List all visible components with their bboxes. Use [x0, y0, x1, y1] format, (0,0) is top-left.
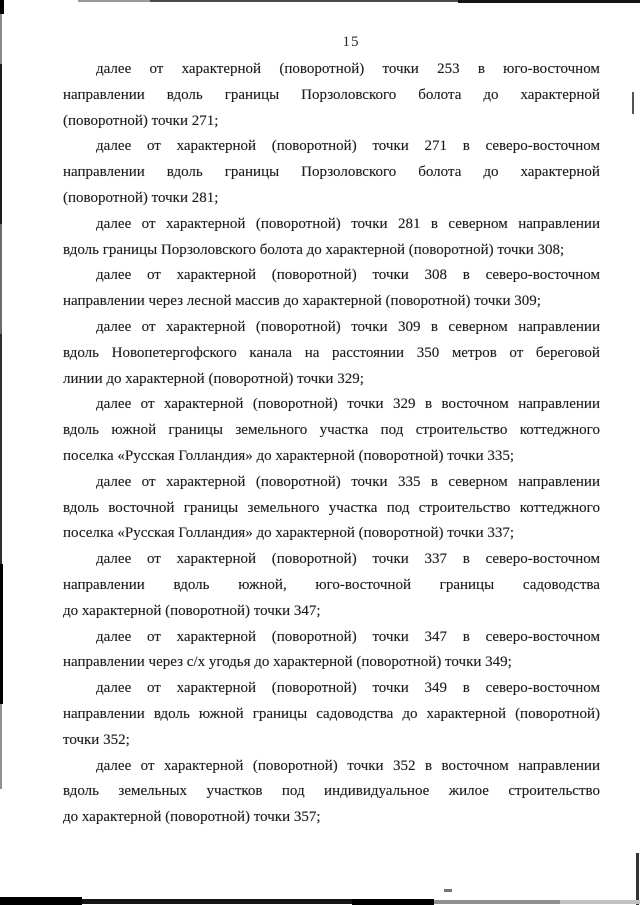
text-line: направлениивдольюжнойграницысадоводствад… — [63, 702, 600, 728]
scan-artifact-bottom-bar — [560, 900, 640, 904]
word: направлении — [518, 392, 600, 418]
word: 337 — [425, 547, 448, 573]
word: (поворотной) — [272, 676, 357, 702]
word: характерной — [177, 547, 256, 573]
word: точки — [372, 676, 408, 702]
word: 347 — [425, 625, 448, 651]
text-line: направлениивдольграницыПорзоловскогоболо… — [63, 160, 600, 186]
word: границы — [440, 573, 494, 599]
word: точки — [383, 57, 419, 83]
word: точки — [372, 263, 408, 289]
word: (поворотной) — [515, 702, 600, 728]
word: в — [463, 263, 470, 289]
word: в — [463, 547, 470, 573]
text-line: направлениивдольграницыПорзоловскогоболо… — [63, 83, 600, 109]
word: индивидуальное — [324, 779, 429, 805]
word: строительство — [416, 418, 508, 444]
word: далее — [96, 625, 131, 651]
word: характерной — [166, 212, 245, 238]
text-line: направлениивдольюжной,юго-восточнойграни… — [63, 573, 600, 599]
word: северо-восточном — [486, 676, 600, 702]
scan-artifact-bottom-bar — [434, 900, 560, 904]
word: точки — [351, 212, 387, 238]
scan-artifact-top-edge — [150, 0, 460, 2]
word: границы — [225, 83, 279, 109]
word: точки — [372, 547, 408, 573]
word: северо-восточном — [486, 547, 600, 573]
text-line: далееотхарактерной(поворотной)точки347вс… — [63, 625, 600, 651]
word: участка — [320, 418, 369, 444]
word: далее — [96, 315, 131, 341]
word: в — [431, 315, 438, 341]
word: характерной — [177, 625, 256, 651]
word: далее — [96, 470, 131, 496]
word: под — [282, 779, 305, 805]
word: вдоль — [167, 160, 203, 186]
scan-artifact-left-line — [0, 224, 2, 334]
text-line: направлении через лесной массив до харак… — [63, 289, 600, 315]
word: восточном — [441, 392, 508, 418]
text-line: поселка «Русская Голландия» до характерн… — [63, 444, 600, 470]
text-line: далееотхарактерной(поворотной)точки335вс… — [63, 470, 600, 496]
word: характерной — [177, 676, 256, 702]
text-line: вдольвосточнойграницыземельногоучасткапо… — [63, 496, 600, 522]
scan-artifact-left-line — [0, 64, 2, 224]
word: характерной — [427, 702, 506, 728]
word: далее — [96, 57, 131, 83]
scan-artifact-top-edge-dark — [458, 0, 640, 3]
text-line: линии до характерной (поворотной) точки … — [63, 367, 600, 393]
word: в — [425, 754, 432, 780]
document-page: 15 далееотхарактерной(поворотной)точки25… — [0, 0, 640, 905]
word: вдоль — [174, 573, 210, 599]
word: канала — [249, 341, 292, 367]
word: юго-восточной — [315, 573, 411, 599]
word: земельного — [248, 496, 320, 522]
word: характерной — [166, 315, 245, 341]
word: от — [141, 392, 155, 418]
word: метров — [452, 341, 497, 367]
word: направлении — [63, 83, 145, 109]
word: северо-восточном — [486, 134, 600, 160]
word: 309 — [398, 315, 421, 341]
word: восточной — [108, 496, 174, 522]
word: границы — [184, 496, 238, 522]
text-line: вдоль границы Порзоловского болота до ха… — [63, 238, 600, 264]
word: земельного — [235, 418, 307, 444]
text-line: далееотхарактерной(поворотной)точки253вю… — [63, 57, 600, 83]
scan-artifact-right-line — [636, 853, 639, 905]
word: далее — [96, 263, 131, 289]
word: в — [463, 625, 470, 651]
word: расстоянии — [332, 341, 404, 367]
word: строительство — [508, 779, 600, 805]
text-line: направлении через с/х угодья до характер… — [63, 650, 600, 676]
word: характерной — [177, 134, 256, 160]
word: 335 — [398, 470, 421, 496]
text-line: далееотхарактерной(поворотной)точки329вв… — [63, 392, 600, 418]
word: Порзоловского — [301, 83, 396, 109]
word: в — [478, 57, 485, 83]
text-line: далееотхарактерной(поворотной)точки271вс… — [63, 134, 600, 160]
word: (поворотной) — [272, 547, 357, 573]
word: юго-восточном — [503, 57, 600, 83]
word: вдоль — [63, 341, 99, 367]
word: (поворотной) — [253, 392, 338, 418]
word: направлении — [63, 160, 145, 186]
word: характерной — [520, 83, 599, 109]
word: до — [402, 702, 417, 728]
word: северном — [448, 470, 507, 496]
word: от — [147, 263, 161, 289]
word: Порзоловского — [301, 160, 396, 186]
word: от — [147, 134, 161, 160]
text-line: вдольНовопетергофскогоканаланарасстоянии… — [63, 341, 600, 367]
word: северо-восточном — [486, 625, 600, 651]
word: далее — [96, 676, 131, 702]
word: строительство — [419, 496, 511, 522]
word: коттеджного — [520, 496, 600, 522]
word: точки — [347, 392, 383, 418]
word: от — [147, 547, 161, 573]
word: от — [147, 625, 161, 651]
page-number: 15 — [0, 34, 640, 51]
word: далее — [96, 212, 131, 238]
word: 253 — [437, 57, 460, 83]
word: 329 — [393, 392, 416, 418]
word: северном — [448, 315, 507, 341]
text-line: далееотхарактерной(поворотной)точки352вв… — [63, 754, 600, 780]
scan-artifact-left-line — [0, 704, 2, 789]
word: 271 — [425, 134, 448, 160]
word: далее — [96, 134, 131, 160]
word: участков — [206, 779, 262, 805]
word: 350 — [417, 341, 440, 367]
word: характерной — [520, 160, 599, 186]
word: направлении — [518, 754, 600, 780]
word: направлении — [518, 315, 600, 341]
scan-artifact-bottom-bar — [0, 897, 82, 905]
word: в — [431, 212, 438, 238]
word: в — [431, 470, 438, 496]
word: вдоль — [154, 702, 190, 728]
word: (поворотной) — [253, 754, 338, 780]
word: береговой — [536, 341, 600, 367]
word: характерной — [177, 263, 256, 289]
word: под — [387, 496, 410, 522]
text-line: точки 352; — [63, 728, 600, 754]
document-body: далееотхарактерной(поворотной)точки253вю… — [63, 57, 600, 831]
text-line: поселка «Русская Голландия» до характерн… — [63, 521, 600, 547]
text-line: до характерной (поворотной) точки 357; — [63, 805, 600, 831]
word: 352 — [393, 754, 416, 780]
word: в — [425, 392, 432, 418]
word: характерной — [164, 754, 243, 780]
word: далее — [96, 392, 131, 418]
text-line: вдольземельныхучастковподиндивидуальноеж… — [63, 779, 600, 805]
word: в — [463, 134, 470, 160]
word: направлении — [518, 470, 600, 496]
word: от — [147, 676, 161, 702]
word: восточном — [441, 754, 508, 780]
word: на — [305, 341, 320, 367]
scan-artifact-bottom-bar — [82, 899, 352, 904]
word: границы — [225, 160, 279, 186]
word: далее — [96, 754, 131, 780]
text-line: (поворотной) точки 281; — [63, 186, 600, 212]
word: жилое — [449, 779, 489, 805]
text-line: (поворотной) точки 271; — [63, 109, 600, 135]
word: точки — [351, 470, 387, 496]
word: от — [142, 470, 156, 496]
text-line: далееотхарактерной(поворотной)точки349вс… — [63, 676, 600, 702]
word: южной, — [238, 573, 287, 599]
word: (поворотной) — [256, 470, 341, 496]
word: (поворотной) — [256, 315, 341, 341]
word: вдоль — [63, 418, 99, 444]
word: болота — [418, 83, 461, 109]
word: вдоль — [167, 83, 203, 109]
word: (поворотной) — [279, 57, 364, 83]
word: под — [381, 418, 404, 444]
word: в — [463, 676, 470, 702]
word: садоводства — [523, 573, 600, 599]
text-line: далееотхарактерной(поворотной)точки281вс… — [63, 212, 600, 238]
word: направлении — [63, 702, 145, 728]
text-line: далееотхарактерной(поворотной)точки309вс… — [63, 315, 600, 341]
word: до — [483, 83, 498, 109]
word: южной — [111, 418, 156, 444]
word: характерной — [164, 392, 243, 418]
word: далее — [96, 547, 131, 573]
scan-artifact-left-corner — [0, 0, 4, 14]
word: 281 — [398, 212, 421, 238]
word: направлении — [63, 573, 145, 599]
text-line: до характерной (поворотной) точки 347; — [63, 599, 600, 625]
word: садоводства — [316, 702, 393, 728]
word: вдоль — [63, 779, 99, 805]
word: точки — [372, 625, 408, 651]
word: границы — [169, 418, 223, 444]
word: (поворотной) — [272, 625, 357, 651]
word: от — [142, 212, 156, 238]
word: от — [149, 57, 163, 83]
word: характерной — [182, 57, 261, 83]
word: точки — [347, 754, 383, 780]
scan-artifact-speck — [444, 889, 452, 892]
word: земельных — [118, 779, 187, 805]
word: вдоль — [63, 496, 99, 522]
word: участка — [329, 496, 378, 522]
text-line: далееотхарактерной(поворотной)точки337вс… — [63, 547, 600, 573]
word: южной — [199, 702, 244, 728]
scan-artifact-left-line — [0, 334, 2, 564]
word: (поворотной) — [256, 212, 341, 238]
word: Новопетергофского — [112, 341, 237, 367]
scan-artifact-right-mark — [632, 92, 634, 114]
scan-artifact-bottom-bar — [352, 899, 434, 905]
word: от — [142, 315, 156, 341]
text-line: вдольюжнойграницыземельногоучасткаподстр… — [63, 418, 600, 444]
word: точки — [372, 134, 408, 160]
word: до — [483, 160, 498, 186]
word: болота — [418, 160, 461, 186]
word: (поворотной) — [272, 134, 357, 160]
word: точки — [351, 315, 387, 341]
word: от — [509, 341, 523, 367]
word: характерной — [166, 470, 245, 496]
word: северо-восточном — [486, 263, 600, 289]
text-line: далееотхарактерной(поворотной)точки308вс… — [63, 263, 600, 289]
word: от — [141, 754, 155, 780]
word: коттеджного — [520, 418, 600, 444]
scan-artifact-left-line — [0, 564, 3, 704]
word: (поворотной) — [272, 263, 357, 289]
word: северном — [448, 212, 507, 238]
word: границы — [253, 702, 307, 728]
word: 308 — [425, 263, 448, 289]
word: направлении — [518, 212, 600, 238]
word: 349 — [425, 676, 448, 702]
